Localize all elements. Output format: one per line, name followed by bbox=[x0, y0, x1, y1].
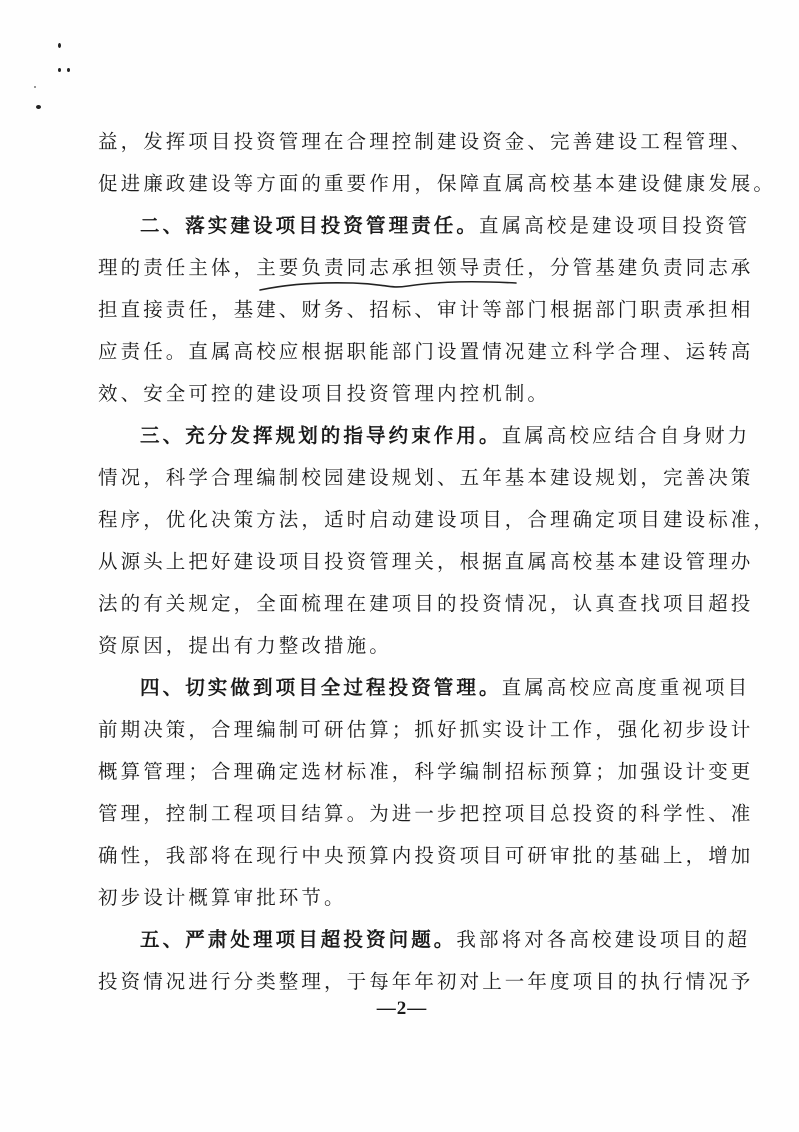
line-text: 初步设计概算审批环节。 bbox=[98, 886, 347, 909]
line-text: 投资情况进行分类整理，于每年年初对上一年度项目的执行情况予 bbox=[98, 970, 753, 993]
line-text: 应责任。直属高校应根据职能部门设置情况建立科学合理、运转高 bbox=[98, 340, 753, 363]
section-line: 四、切实做到项目全过程投资管理。直属高校应高度重视项目 bbox=[140, 674, 750, 702]
line-text: 效、安全可控的建设项目投资管理内控机制。 bbox=[98, 382, 550, 405]
text-line: 益，发挥项目投资管理在合理控制建设资金、完善建设工程管理、 bbox=[98, 128, 708, 156]
line-text: 直属高校是建设项目投资管 bbox=[479, 214, 750, 237]
section-heading: 二、落实建设项目投资管理责任。 bbox=[140, 214, 479, 237]
document-page: 益，发挥项目投资管理在合理控制建设资金、完善建设工程管理、 促进廉政建设等方面的… bbox=[0, 0, 799, 1132]
text-line: 效、安全可控的建设项目投资管理内控机制。 bbox=[98, 380, 708, 408]
section-heading: 四、切实做到项目全过程投资管理。 bbox=[140, 676, 502, 699]
text-line: 情况，科学合理编制校园建设规划、五年基本建设规划，完善决策 bbox=[98, 464, 708, 492]
line-text: 直属高校应结合自身财力 bbox=[502, 424, 751, 447]
line-text: 促进廉政建设等方面的重要作用，保障直属高校基本建设健康发展。 bbox=[98, 172, 776, 195]
line-text: 直属高校应高度重视项目 bbox=[502, 676, 751, 699]
text-line: 前期决策，合理编制可研估算；抓好抓实设计工作，强化初步设计 bbox=[98, 716, 708, 744]
line-text: 管理，控制工程项目结算。为进一步把控项目总投资的科学性、准 bbox=[98, 802, 753, 825]
text-line: 投资情况进行分类整理，于每年年初对上一年度项目的执行情况予 bbox=[98, 968, 708, 996]
scan-speck bbox=[58, 43, 61, 48]
page-number: —2— bbox=[372, 998, 432, 1020]
line-text: 确性，我部将在现行中央预算内投资项目可研审批的基础上，增加 bbox=[98, 844, 753, 867]
text-line: 从源头上把好建设项目投资管理关，根据直属高校基本建设管理办 bbox=[98, 548, 708, 576]
text-line: 管理，控制工程项目结算。为进一步把控项目总投资的科学性、准 bbox=[98, 800, 708, 828]
text-line: 概算管理；合理确定选材标准，科学编制招标预算；加强设计变更 bbox=[98, 758, 708, 786]
section-line: 三、充分发挥规划的指导约束作用。直属高校应结合自身财力 bbox=[140, 422, 750, 450]
scan-speck bbox=[58, 68, 61, 72]
line-text: 前期决策，合理编制可研估算；抓好抓实设计工作，强化初步设计 bbox=[98, 718, 753, 741]
line-text: 益，发挥项目投资管理在合理控制建设资金、完善建设工程管理、 bbox=[98, 130, 753, 153]
text-line: 资原因，提出有力整改措施。 bbox=[98, 632, 708, 660]
handwritten-underline bbox=[258, 276, 518, 296]
text-line: 确性，我部将在现行中央预算内投资项目可研审批的基础上，增加 bbox=[98, 842, 708, 870]
line-text: 情况，科学合理编制校园建设规划、五年基本建设规划，完善决策 bbox=[98, 466, 753, 489]
section-heading: 五、严肃处理项目超投资问题。 bbox=[140, 928, 456, 951]
line-text: 资原因，提出有力整改措施。 bbox=[98, 634, 392, 657]
scan-speck bbox=[36, 105, 41, 109]
section-line: 二、落实建设项目投资管理责任。直属高校是建设项目投资管 bbox=[140, 212, 750, 240]
scan-speck bbox=[67, 68, 70, 72]
line-text: 概算管理；合理确定选材标准，科学编制招标预算；加强设计变更 bbox=[98, 760, 753, 783]
line-text: 我部将对各高校建设项目的超 bbox=[456, 928, 750, 951]
line-text: 程序，优化决策方法，适时启动建设项目，合理确定项目建设标准， bbox=[98, 508, 776, 531]
scan-speck bbox=[34, 86, 36, 88]
section-line: 五、严肃处理项目超投资问题。我部将对各高校建设项目的超 bbox=[140, 926, 750, 954]
text-line: 应责任。直属高校应根据职能部门设置情况建立科学合理、运转高 bbox=[98, 338, 708, 366]
line-text: 从源头上把好建设项目投资管理关，根据直属高校基本建设管理办 bbox=[98, 550, 753, 573]
line-text: 担直接责任，基建、财务、招标、审计等部门根据部门职责承担相 bbox=[98, 298, 753, 321]
text-line: 法的有关规定，全面梳理在建项目的投资情况，认真查找项目超投 bbox=[98, 590, 708, 618]
text-line: 初步设计概算审批环节。 bbox=[98, 884, 708, 912]
text-line: 担直接责任，基建、财务、招标、审计等部门根据部门职责承担相 bbox=[98, 296, 708, 324]
line-text: 法的有关规定，全面梳理在建项目的投资情况，认真查找项目超投 bbox=[98, 592, 753, 615]
text-line: 促进廉政建设等方面的重要作用，保障直属高校基本建设健康发展。 bbox=[98, 170, 708, 198]
section-heading: 三、充分发挥规划的指导约束作用。 bbox=[140, 424, 502, 447]
text-line: 程序，优化决策方法，适时启动建设项目，合理确定项目建设标准， bbox=[98, 506, 708, 534]
